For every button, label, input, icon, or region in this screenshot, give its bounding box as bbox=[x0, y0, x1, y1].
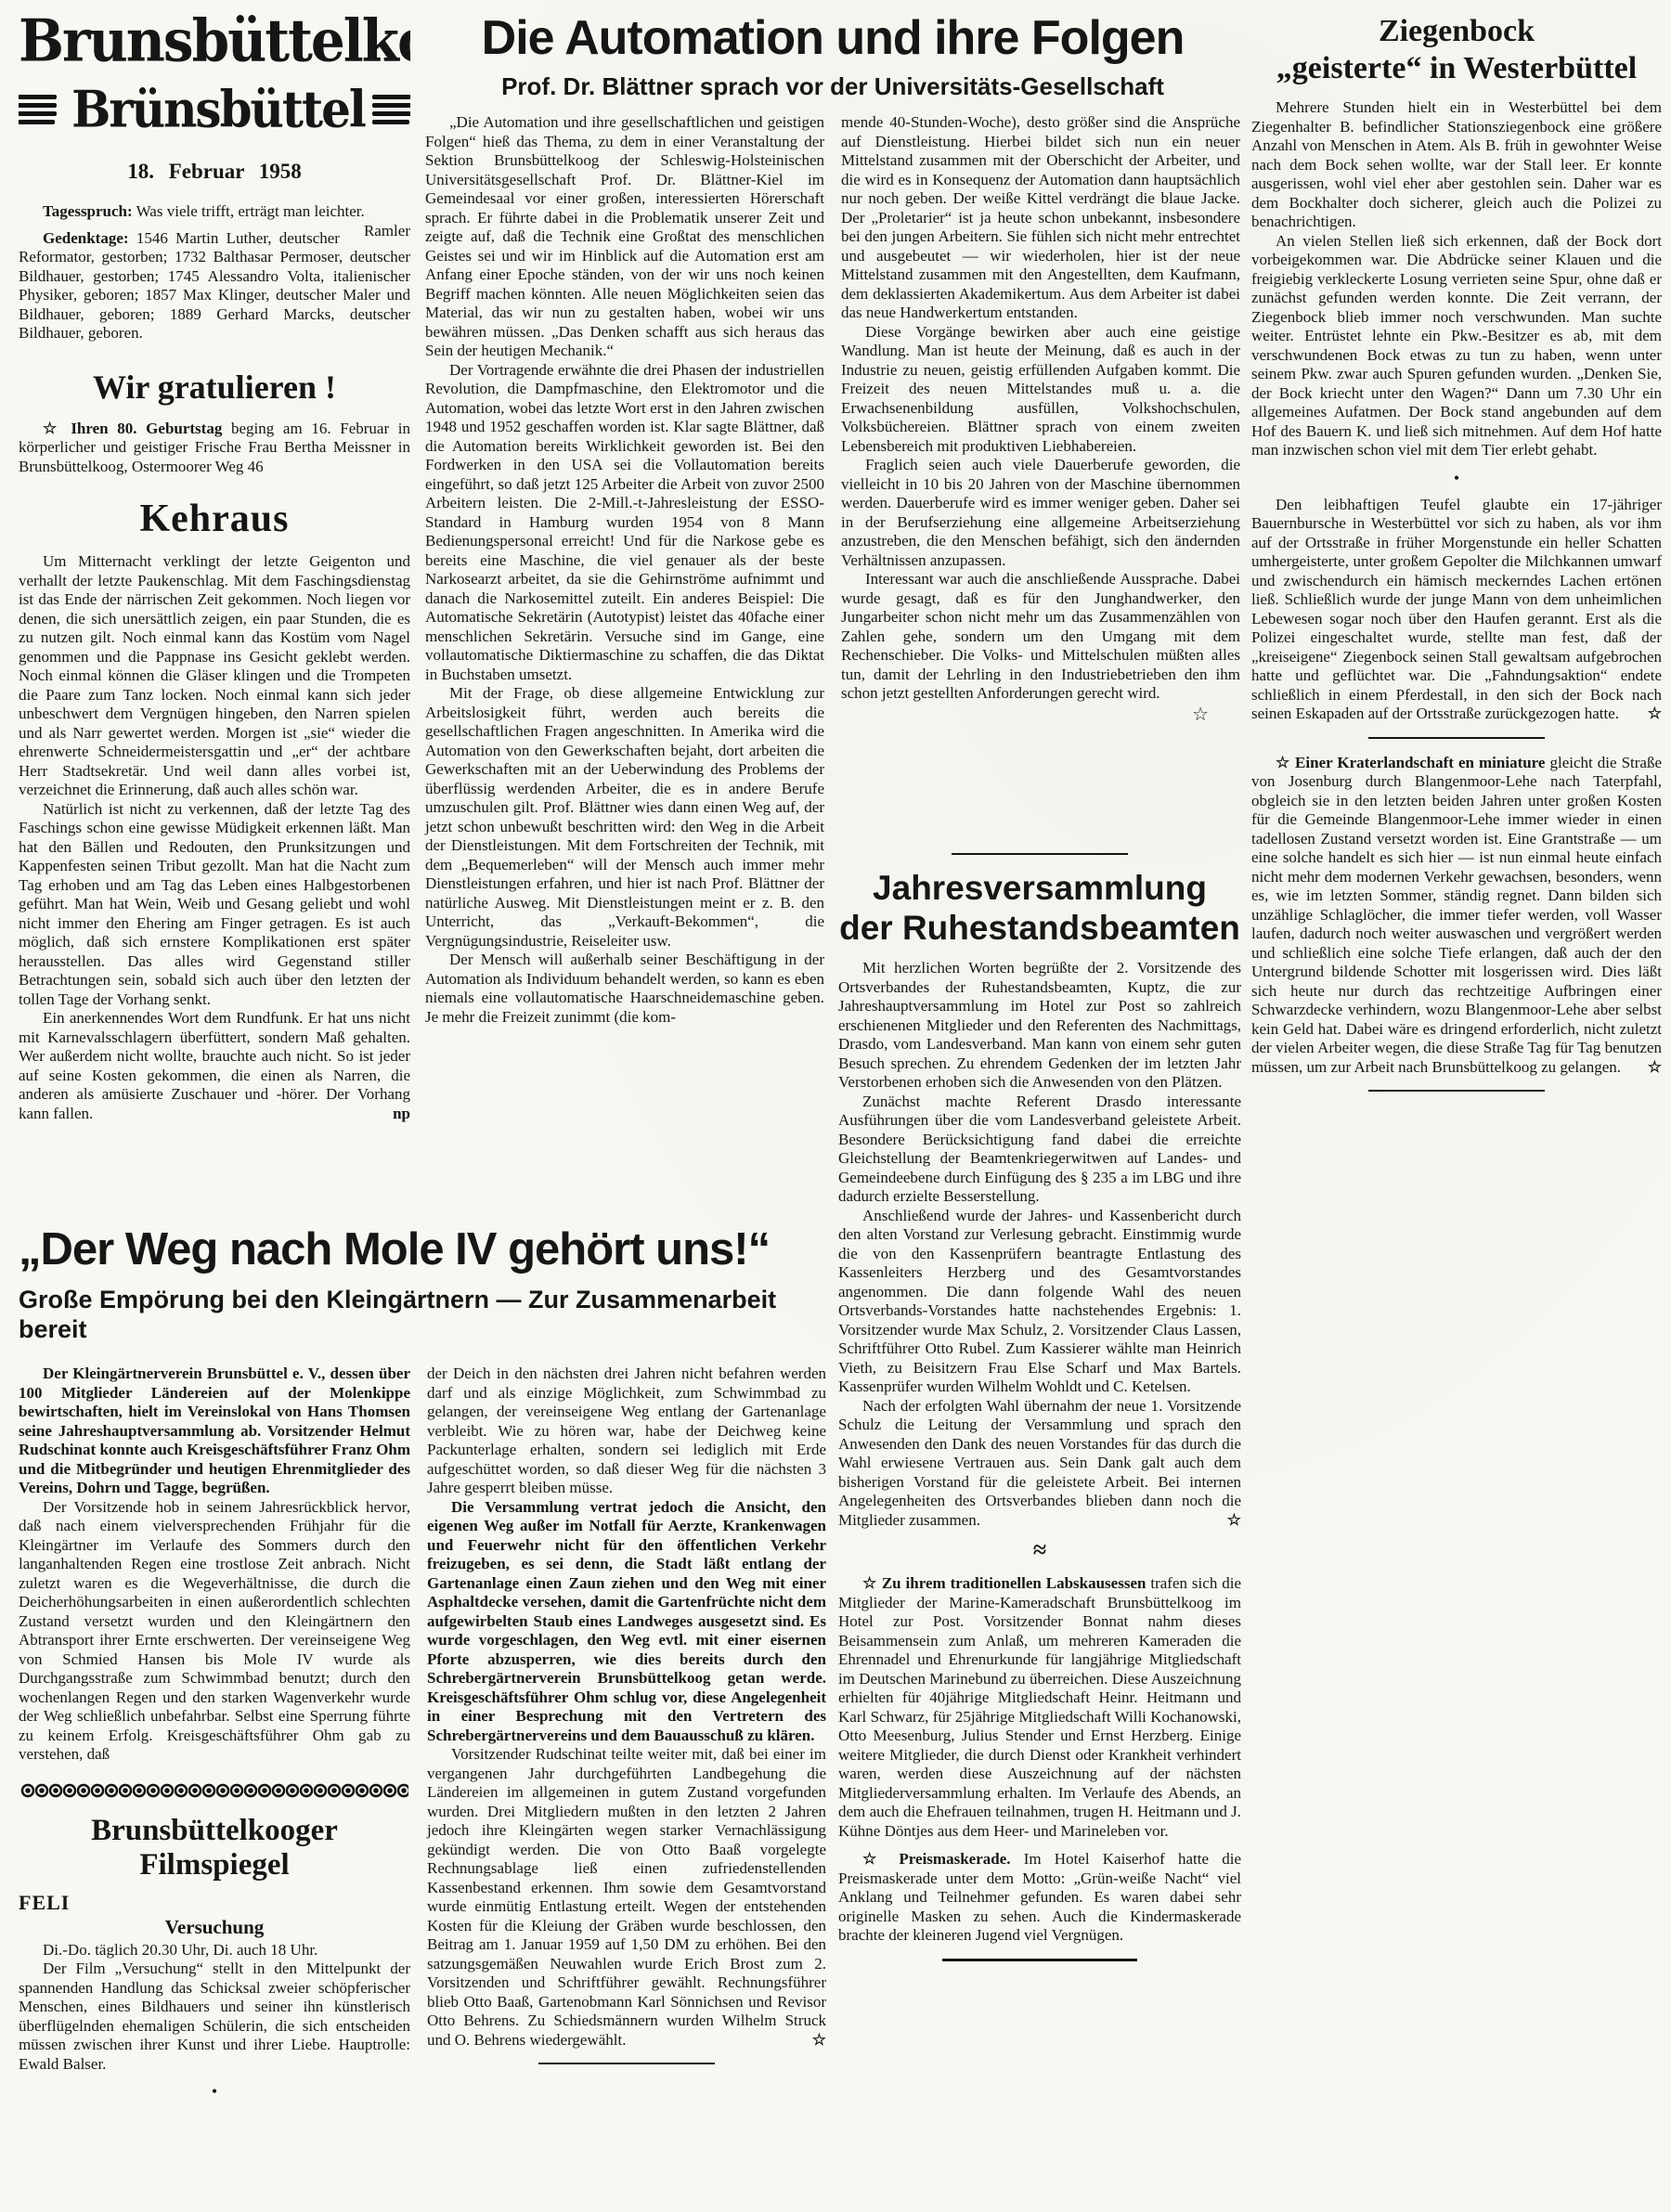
paragraph: An vielen Stellen ließ sich erkennen, da… bbox=[1251, 232, 1662, 460]
right-column: Ziegenbock „geisterte“ in Westerbüttel M… bbox=[1251, 13, 1662, 1105]
heading-line2: der Ruhestandsbeamten bbox=[838, 908, 1241, 948]
gratulieren-heading: Wir gratulieren ! bbox=[19, 368, 410, 407]
paragraph: Diese Vorgänge bewirken aber auch eine g… bbox=[841, 323, 1240, 457]
moleiv-article: „Der Weg nach Mole IV gehört uns!“ Große… bbox=[19, 1223, 826, 2109]
article-end-star-icon: ☆ bbox=[788, 2031, 826, 2050]
paragraph: „Die Automation und ihre gesellschaftlic… bbox=[425, 113, 824, 361]
star-icon: ☆ bbox=[862, 1574, 877, 1592]
moleiv-subheadline: Große Empörung bei den Kleingärtnern — Z… bbox=[19, 1285, 826, 1344]
kehraus-last-paragraph: Ein anerkennendes Wort dem Rundfunk. Er … bbox=[19, 1009, 410, 1122]
section-divider bbox=[952, 853, 1128, 855]
paragraph: Der Kleingärtnerverein Brunsbüttel e. V.… bbox=[19, 1365, 410, 1498]
paragraph: Vorsitzender Rudschinat teilte weiter mi… bbox=[427, 1745, 826, 2050]
paragraph: Der Mensch will außerhalb seiner Beschäf… bbox=[425, 951, 824, 1027]
paragraph: Zunächst machte Referent Drasdo interess… bbox=[838, 1093, 1241, 1207]
automation-column-1: „Die Automation und ihre gesellschaftlic… bbox=[425, 113, 824, 1027]
moleiv-last-paragraph: Vorsitzender Rudschinat teilte weiter mi… bbox=[427, 1745, 826, 2049]
paragraph: Fraglich seien auch viele Dauerberufe ge… bbox=[841, 456, 1240, 570]
paragraph: Ein anerkennendes Wort dem Rundfunk. Er … bbox=[19, 1009, 410, 1123]
paragraph: Interessant war auch die anschließende A… bbox=[841, 570, 1240, 704]
paragraph: Den leibhaftigen Teufel glaubte ein 17-j… bbox=[1251, 496, 1662, 724]
star-icon: ☆ bbox=[862, 1850, 886, 1868]
moleiv-body: Der Kleingärtnerverein Brunsbüttel e. V.… bbox=[19, 1365, 826, 2109]
left-column: Brunsbüttelkoog Brünsbüttel 18. Februar … bbox=[19, 13, 410, 1220]
ziegenbock-heading: Ziegenbock „geisterte“ in Westerbüttel bbox=[1251, 13, 1662, 87]
ruhestandsbeamte-section: Jahresversammlung der Ruhestandsbeamten … bbox=[838, 840, 1241, 1974]
krater-text: gleicht die Straße von Josenburg durch B… bbox=[1251, 754, 1662, 1076]
gratulieren-lead: Ihren 80. Geburtstag bbox=[71, 420, 222, 437]
paragraph: mende 40-Stunden-Woche), desto größer si… bbox=[841, 113, 1240, 323]
tagesspruch-text: Was viele trifft, erträgt man leichter. bbox=[136, 202, 365, 220]
section-divider bbox=[538, 2063, 715, 2064]
article-end-star-icon: ☆ bbox=[1624, 1058, 1662, 1078]
heading-line1: Ziegenbock bbox=[1251, 13, 1662, 50]
flourish-left-icon bbox=[19, 95, 57, 124]
article-end-star-icon: ☆ bbox=[1624, 705, 1662, 724]
film-title: Versuchung bbox=[19, 1918, 410, 1937]
automation-headline: Die Automation und ihre Folgen bbox=[425, 11, 1240, 65]
moleiv-column-1: Der Kleingärtnerverein Brunsbüttel e. V.… bbox=[19, 1365, 410, 2109]
labskaus-item: ☆ Zu ihrem traditionellen Labskausessen … bbox=[838, 1574, 1241, 1841]
dot-separator: • bbox=[19, 2081, 410, 2102]
paragraph: Mit herzlichen Worten begrüßte der 2. Vo… bbox=[838, 959, 1241, 1093]
preismaskerade-lead: Preismaskerade. bbox=[899, 1850, 1010, 1868]
ziegenbock-last-paragraph: Den leibhaftigen Teufel glaubte ein 17-j… bbox=[1251, 496, 1662, 723]
labskaus-lead: Zu ihrem traditionellen Labskausessen bbox=[882, 1574, 1146, 1592]
labskaus-text: trafen sich die Mitglieder der Marine-Ka… bbox=[838, 1574, 1241, 1840]
heading-line2: „geisterte“ in Westerbüttel bbox=[1251, 50, 1662, 87]
tagesspruch: Tagesspruch: Was viele trifft, erträgt m… bbox=[19, 202, 410, 222]
paragraph: Um Mitternacht verklingt der letzte Geig… bbox=[19, 552, 410, 800]
section-divider bbox=[942, 1959, 1137, 1961]
flourish-right-icon bbox=[372, 95, 410, 124]
tagesspruch-author: Ramler bbox=[340, 222, 410, 241]
gedenktage: Gedenktage: 1546 Martin Luther, deutsche… bbox=[19, 229, 410, 343]
ornament-divider: ≈ bbox=[838, 1539, 1241, 1561]
moleiv-headline: „Der Weg nach Mole IV gehört uns!“ bbox=[19, 1223, 826, 1275]
gedenktage-label: Gedenktage: bbox=[43, 229, 129, 247]
heading-line1: Jahresversammlung bbox=[838, 868, 1241, 908]
paragraph: Die Versammlung vertrat jedoch die Ansic… bbox=[427, 1498, 826, 1746]
tagesspruch-label: Tagesspruch: bbox=[43, 202, 133, 220]
newspaper-page: Brunsbüttelkoog Brünsbüttel 18. Februar … bbox=[0, 0, 1671, 2212]
gratulieren-item: ☆ Ihren 80. Geburtstag beging am 16. Feb… bbox=[19, 420, 410, 477]
moleiv-column-2: der Deich in den nächsten drei Jahren ni… bbox=[427, 1365, 826, 2109]
krater-item: ☆ Einer Kraterlandschaft en miniature gl… bbox=[1251, 754, 1662, 1078]
section-divider bbox=[1368, 737, 1545, 739]
film-showtimes: Di.-Do. täglich 20.30 Uhr, Di. auch 18 U… bbox=[19, 1941, 410, 1960]
filmspiegel-heading: Brunsbüttelkooger Filmspiegel bbox=[19, 1814, 410, 1882]
paragraph: Natürlich ist nicht zu verkennen, daß de… bbox=[19, 800, 410, 1010]
krater-lead: Einer Kraterlandschaft en miniature bbox=[1295, 754, 1545, 771]
paragraph: Nach der erfolgten Wahl übernahm der neu… bbox=[838, 1397, 1241, 1531]
author-initials: np bbox=[369, 1105, 410, 1124]
paragraph: Mehrere Stunden hielt ein in Westerbütte… bbox=[1251, 98, 1662, 232]
braid-divider bbox=[20, 1783, 408, 1799]
kehraus-heading: Kehraus bbox=[19, 497, 410, 541]
issue-date: 18. Februar 1958 bbox=[19, 160, 410, 184]
film-description: Der Film „Versuchung“ stellt in den Mitt… bbox=[19, 1960, 410, 2074]
jv-last-paragraph: Nach der erfolgten Wahl übernahm der neu… bbox=[838, 1397, 1241, 1529]
paragraph: Mit der Frage, ob diese allgemeine Entwi… bbox=[425, 684, 824, 951]
article-end-star-icon: ☆ bbox=[841, 705, 1240, 724]
paragraph: Anschließend wurde der Jahres- und Kasse… bbox=[838, 1207, 1241, 1397]
star-icon: ☆ bbox=[43, 420, 62, 437]
paragraph: der Deich in den nächsten drei Jahren ni… bbox=[427, 1365, 826, 1498]
preismaskerade-item: ☆ Preismaskerade. Im Hotel Kaiserhof hat… bbox=[838, 1850, 1241, 1946]
dot-separator: • bbox=[1251, 468, 1662, 488]
masthead-row: Brünsbüttel bbox=[19, 74, 410, 145]
jahresversammlung-heading: Jahresversammlung der Ruhestandsbeamten bbox=[838, 868, 1241, 948]
article-end-star-icon: ☆ bbox=[1203, 1511, 1241, 1531]
star-icon: ☆ bbox=[1276, 754, 1290, 771]
automation-subheadline: Prof. Dr. Blättner sprach vor der Univer… bbox=[425, 72, 1240, 100]
masthead-title-line2: Brünsbüttel bbox=[71, 83, 365, 136]
paragraph: Der Vortragende erwähnte die drei Phasen… bbox=[425, 361, 824, 685]
cinema-name: FELI bbox=[19, 1894, 410, 1913]
masthead-title-line1: Brunsbüttelkoog bbox=[19, 13, 410, 71]
section-divider bbox=[1368, 1090, 1545, 1092]
paragraph: Der Vorsitzende hob in seinem Jahresrück… bbox=[19, 1498, 410, 1765]
